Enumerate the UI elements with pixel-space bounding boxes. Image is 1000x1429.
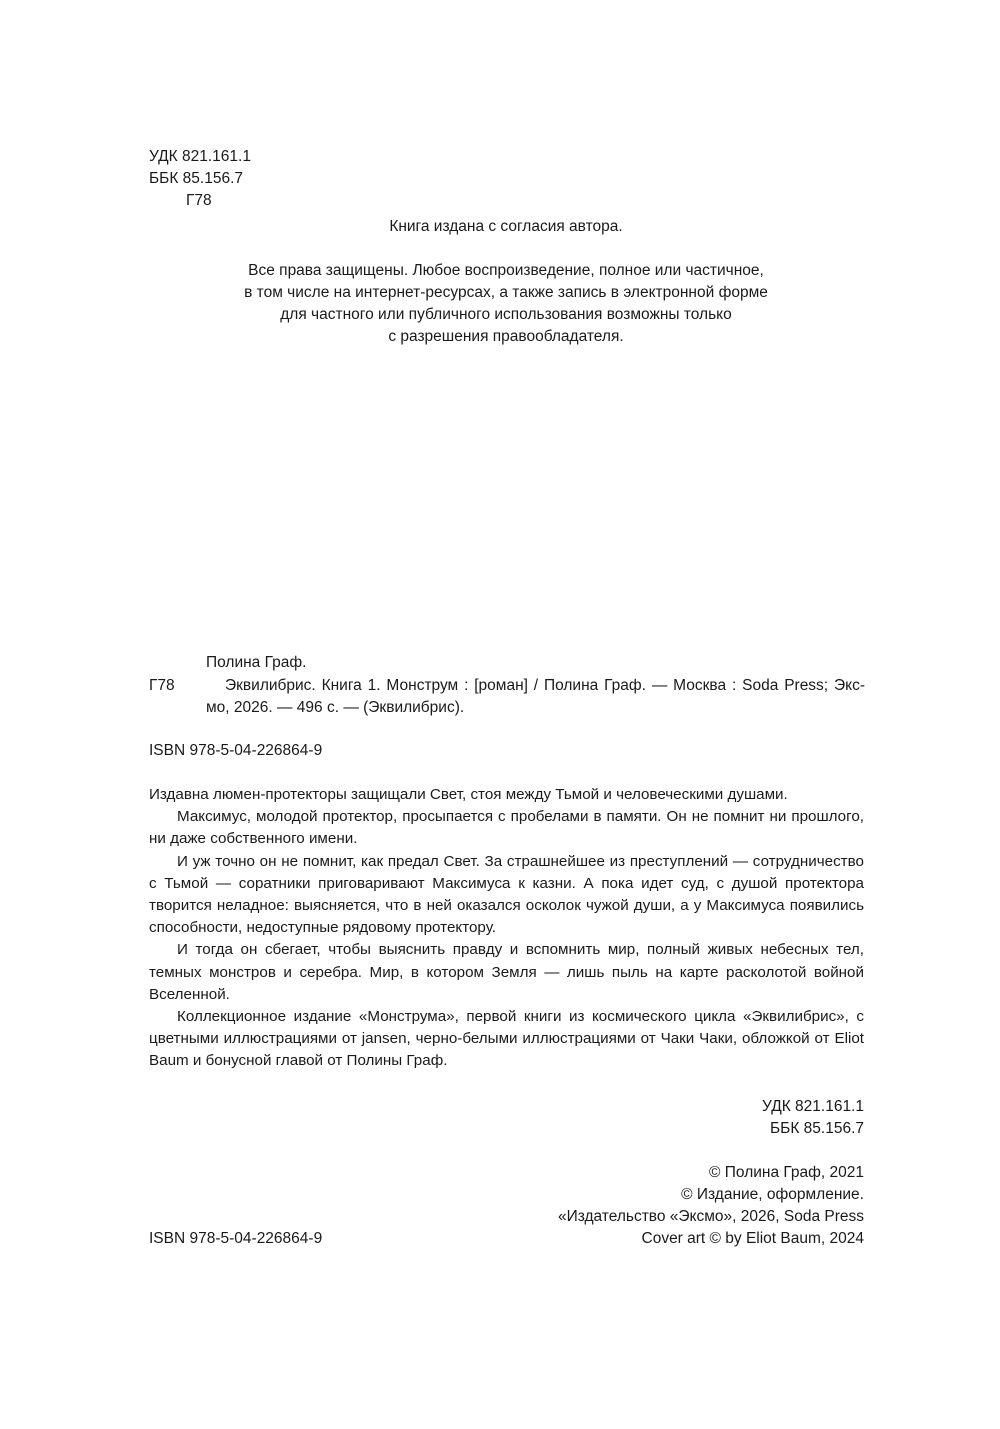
- book-annotation: Издавна люмен-протекторы защищали Свет, …: [149, 784, 864, 1073]
- udk-code-bottom: УДК 821.161.1: [762, 1096, 864, 1118]
- bbk-code-top: ББК 85.156.7: [149, 168, 243, 190]
- annotation-paragraph: Издавна люмен-протекторы защищали Свет, …: [149, 784, 864, 806]
- rights-line: Все права защищены. Любое воспроизведени…: [0, 260, 1000, 282]
- copyright-line: © Полина Граф, 2021: [709, 1162, 864, 1184]
- isbn-top: ISBN 978-5-04-226864-9: [149, 740, 322, 762]
- bib-author: Полина Граф.: [206, 652, 306, 674]
- copyright-line: Cover art © by Eliot Baum, 2024: [642, 1228, 865, 1250]
- copyright-line: © Издание, оформление.: [681, 1184, 864, 1206]
- bib-description-line: мо, 2026. — 496 с. — (Эквилибрис).: [206, 697, 464, 719]
- rights-line: в том числе на интернет-ресурсах, а такж…: [0, 282, 1000, 304]
- annotation-paragraph: И тогда он сбегает, чтобы выяснить правд…: [149, 939, 864, 1006]
- annotation-paragraph: Максимус, молодой протектор, просыпается…: [149, 806, 864, 850]
- bbk-code-bottom: ББК 85.156.7: [770, 1118, 864, 1140]
- rights-notice: Все права защищены. Любое воспроизведени…: [0, 260, 1000, 348]
- isbn-bottom: ISBN 978-5-04-226864-9: [149, 1228, 322, 1250]
- copyright-line: «Издательство «Эксмо», 2026, Soda Press: [558, 1206, 864, 1228]
- rights-line: с разрешения правообладателя.: [0, 326, 1000, 348]
- udk-code-top: УДК 821.161.1: [149, 146, 251, 168]
- author-mark-top: Г78: [186, 190, 212, 212]
- bib-author-mark: Г78: [149, 675, 175, 697]
- annotation-paragraph: Коллекционное издание «Монструма», перво…: [149, 1006, 864, 1073]
- annotation-paragraph: И уж точно он не помнит, как предал Свет…: [149, 851, 864, 940]
- rights-line: для частного или публичного использовани…: [0, 304, 1000, 326]
- bib-description-line: Эквилибрис. Книга 1. Монструм : [роман] …: [225, 675, 865, 697]
- author-consent-note: Книга издана с согласия автора.: [0, 216, 1000, 238]
